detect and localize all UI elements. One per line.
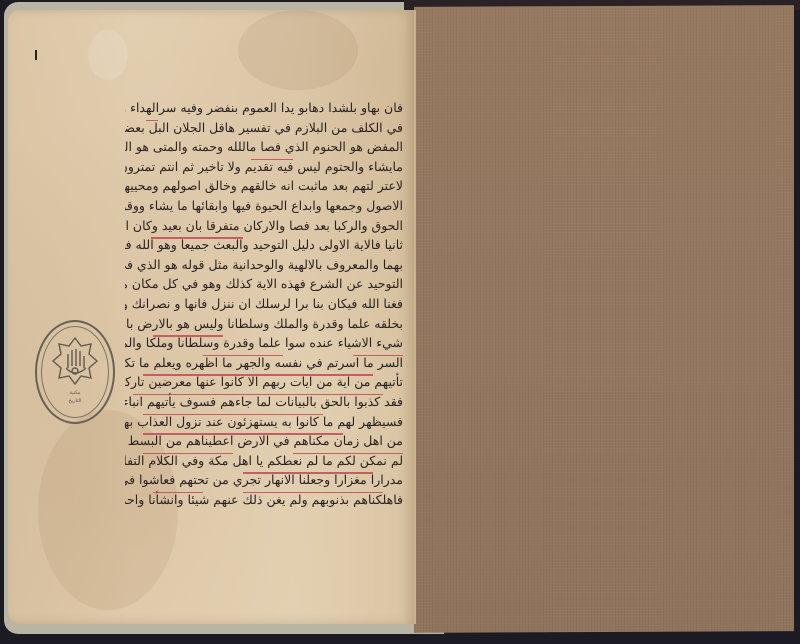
text-line: الحوق والركبا بعد فصا والاركان متفرقا با… — [125, 216, 403, 236]
text-line: في الكلف من البلازم في تفسير هاقل الجلان… — [125, 118, 403, 138]
rubric-mark — [203, 355, 283, 357]
rubric-mark — [143, 433, 343, 435]
text-line: بخلقه علما وقدرة والملك وسلطانا وليس هو … — [125, 314, 403, 334]
text-line: ثانيا فالاية الاولى دليل التوحيد والبعث … — [125, 235, 403, 255]
text-line: شيء الاشياء عنده سوا علما وقدرة وسلطانا … — [125, 333, 403, 353]
rubric-mark — [251, 159, 293, 161]
rubric-mark — [153, 492, 203, 494]
text-line: فغنا الله فيكان بنا برا لرسلك ان ننزل فا… — [125, 294, 403, 314]
text-line: التوحيد عن الشرع فهذه الاية كذلك وهو في … — [125, 274, 403, 294]
text-line: من اهل زمان مكناهم في الارض اعطيناهم من … — [125, 431, 403, 451]
rubric-mark — [151, 237, 243, 239]
text-line: مايشاء والحتوم ليس فيه تقديم ولا تاخير ث… — [125, 157, 403, 177]
rubric-mark — [143, 374, 373, 376]
rubric-mark — [143, 453, 233, 455]
rubric-mark — [146, 120, 158, 122]
text-line: الاصول وجمعها وابداع الحيوة فيها وابقائه… — [125, 196, 403, 216]
text-line: بهما والمعروف بالالهية والوحدانية مثل قو… — [125, 255, 403, 275]
water-stain — [238, 10, 358, 90]
text-line: فاهلكناهم بذنوبهم ولم يغن ذلك عنهم شيئا … — [125, 490, 403, 510]
manuscript-spread: مكتبة التاريخ فان بهاو بلشدا دهابو يدا ا… — [0, 0, 800, 644]
text-line: تأتيهم من اية من ايات ربهم الا كانوا عنه… — [125, 372, 403, 392]
right-cloth-board — [414, 5, 794, 633]
text-line: فسيظهر لهم ما كانوا به يستهزئون عند نزول… — [125, 412, 403, 432]
text-line: لم نمكن لكم ما لم نعطكم يا اهل مكة وفي ا… — [125, 451, 403, 471]
rubric-mark — [153, 335, 223, 337]
text-line: فان بهاو بلشدا دهابو يدا العموم بنفضر وف… — [125, 98, 403, 118]
text-line: فقد كذبوا بالحق بالبيانات لما جاءهم فسوف… — [125, 392, 403, 412]
text-line: لاعتر لتهم بعد ماثبت انه خالقهم وخالق اص… — [125, 176, 403, 196]
rubric-mark — [133, 394, 383, 396]
ink-speck — [35, 50, 37, 60]
rubric-mark — [243, 472, 373, 474]
stamp-caption-top: مكتبة — [37, 390, 113, 396]
stamp-caption-bottom: التاريخ — [37, 398, 113, 404]
manuscript-text: فان بهاو بلشدا دهابو يدا العموم بنفضر وف… — [125, 98, 403, 509]
abrasion-mark — [88, 30, 128, 80]
rubric-mark — [143, 414, 323, 416]
text-line: مدرارا مغزارا وجعلنا الانهار تجري من تحت… — [125, 470, 403, 490]
rubric-mark — [243, 492, 383, 494]
text-line: السر ما اسرتم في نفسه والجهر ما اظهره وي… — [125, 353, 403, 373]
library-stamp: مكتبة التاريخ — [35, 320, 115, 424]
star-hand-emblem-icon — [51, 336, 99, 386]
rubric-mark — [293, 453, 403, 455]
rubric-mark — [353, 355, 403, 357]
text-line: المفض هو الحنوم الذي فصا ماللله وحمته وا… — [125, 137, 403, 157]
